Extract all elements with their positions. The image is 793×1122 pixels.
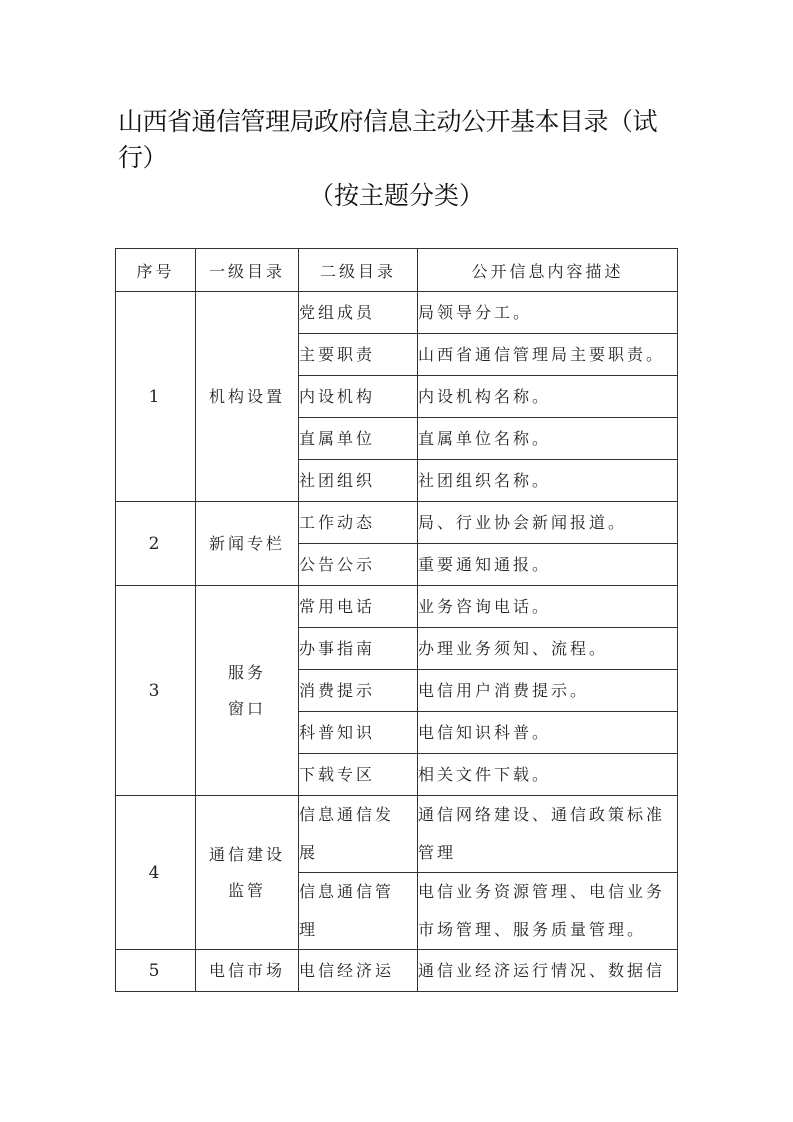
description-cell: 通信业经济运行情况、数据信 [418,950,678,992]
level1-line: 窗口 [196,691,298,727]
table-row: 1 机构设置 党组成员 局领导分工。 [116,292,678,334]
description-cell: 局领导分工。 [418,292,678,334]
level2-cell: 内设机构 [299,376,418,418]
description-cell: 办理业务须知、流程。 [418,628,678,670]
level2-cell: 直属单位 [299,418,418,460]
header-seq: 序号 [116,249,196,292]
level2-cell: 主要职责 [299,334,418,376]
table-row: 2 新闻专栏 工作动态 局、行业协会新闻报道。 [116,502,678,544]
level1-line: 监管 [196,873,298,909]
level2-line: 信息通信管 [299,873,417,911]
description-cell: 相关文件下载。 [418,754,678,796]
level2-line: 理 [299,911,417,949]
level2-cell: 办事指南 [299,628,418,670]
header-level2: 二级目录 [299,249,418,292]
description-cell: 直属单位名称。 [418,418,678,460]
description-cell: 通信网络建设、通信政策标准 管理 [418,796,678,873]
description-cell: 重要通知通报。 [418,544,678,586]
description-cell: 电信用户消费提示。 [418,670,678,712]
level2-cell: 党组成员 [299,292,418,334]
level2-cell: 公告公示 [299,544,418,586]
level1-line: 通信建设 [196,837,298,873]
table-header-row: 序号 一级目录 二级目录 公开信息内容描述 [116,249,678,292]
seq-cell: 5 [116,950,196,992]
level2-cell: 常用电话 [299,586,418,628]
level1-cell: 机构设置 [196,292,299,502]
level2-cell: 下载专区 [299,754,418,796]
document-title: 山西省通信管理局政府信息主动公开基本目录（试行） [118,104,678,176]
description-line: 通信网络建设、通信政策标准 [418,796,677,834]
document-subtitle: （按主题分类） [0,178,793,214]
level2-cell: 信息通信发 展 [299,796,418,873]
level2-cell: 社团组织 [299,460,418,502]
table-row: 5 电信市场 电信经济运 通信业经济运行情况、数据信 [116,950,678,992]
description-cell: 业务咨询电话。 [418,586,678,628]
table-row: 3 服务 窗口 常用电话 业务咨询电话。 [116,586,678,628]
catalog-table: 序号 一级目录 二级目录 公开信息内容描述 1 机构设置 党组成员 局领导分工。… [115,248,678,992]
seq-cell: 3 [116,586,196,796]
description-cell: 电信知识科普。 [418,712,678,754]
level2-cell: 消费提示 [299,670,418,712]
level2-cell: 科普知识 [299,712,418,754]
header-level1: 一级目录 [196,249,299,292]
level1-line: 服务 [196,655,298,691]
level1-cell: 通信建设 监管 [196,796,299,950]
description-cell: 社团组织名称。 [418,460,678,502]
description-line: 市场管理、服务质量管理。 [418,911,677,949]
description-line: 管理 [418,834,677,872]
level1-cell: 服务 窗口 [196,586,299,796]
description-cell: 内设机构名称。 [418,376,678,418]
level1-cell: 新闻专栏 [196,502,299,586]
header-description: 公开信息内容描述 [418,249,678,292]
description-cell: 局、行业协会新闻报道。 [418,502,678,544]
level2-line: 展 [299,834,417,872]
description-line: 电信业务资源管理、电信业务 [418,873,677,911]
seq-cell: 4 [116,796,196,950]
table-row: 4 通信建设 监管 信息通信发 展 通信网络建设、通信政策标准 管理 [116,796,678,873]
description-cell: 电信业务资源管理、电信业务 市场管理、服务质量管理。 [418,873,678,950]
seq-cell: 1 [116,292,196,502]
description-cell: 山西省通信管理局主要职责。 [418,334,678,376]
seq-cell: 2 [116,502,196,586]
level1-cell: 电信市场 [196,950,299,992]
level2-cell: 电信经济运 [299,950,418,992]
level2-line: 信息通信发 [299,796,417,834]
level2-cell: 信息通信管 理 [299,873,418,950]
level2-cell: 工作动态 [299,502,418,544]
